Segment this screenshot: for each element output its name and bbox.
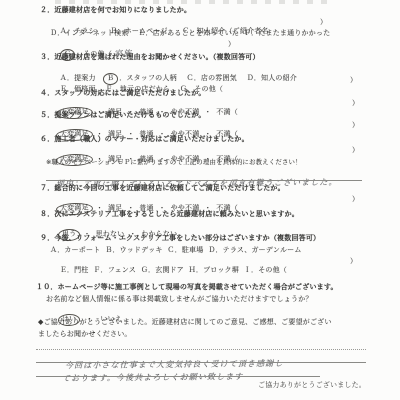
footer-thanks: ご協力ありがとうございました。 (258, 380, 366, 390)
q9-row2-close-paren: ） (350, 257, 357, 266)
cropped-top-line-remnant (55, 0, 335, 4)
q3-row2-close-paren: ） (350, 76, 357, 85)
q9-row2-pre: Ｅ．門柱 Ｆ．フェンス Ｇ．玄関ドア Ｈ．ブロック塀 Ｉ．その他（ (60, 266, 287, 274)
comment-rule-middle (36, 362, 366, 363)
q9-title: ９．今後、リフォーム・エクステリア工事をしたい部分はございますか（複数回答可） (40, 234, 320, 243)
closing-request-line1: ◆ご協力ありがとうございました。近藤建材店に関してのご意見、ご感想、ご要望がござ… (38, 318, 332, 327)
q7-title: ７．総合的に今回の工事を近藤建材店に依頼してご満足いただけましたか。 (40, 184, 285, 193)
q2-row1-close-paren: ） (320, 18, 327, 27)
q6-motivation-note: ※職人のモチベーションＵＰに繋がりますので上記の理由を具体的にお教えください！ (46, 158, 302, 167)
q5-close-paren: ） (352, 121, 359, 130)
q2-options-row2: Ｄ．インターネット検索 Ｅ．店があることを知っていた Ｆ．たまたま通りかかった (50, 29, 330, 38)
q3-title: ３．近藤建材店を選ばれた理由をお聞かせください。（複数回答可） (40, 53, 260, 62)
reason-underline (46, 180, 362, 181)
comment-hand-text2: ております。今後共よろしくお願い致します (62, 372, 243, 383)
q7-close-paren: ） (352, 195, 359, 204)
q2-title: ２．近藤建材店を何でお知りになりましたか。 (40, 6, 191, 15)
q2-row3-close-paren: ） (228, 40, 235, 49)
q6-title: ６．施工者（職人）のマナー・対応はご満足いただけましたか。 (40, 135, 249, 144)
q4-title: ４．スタッフの対応にはご満足いただけましたか。 (40, 89, 206, 98)
q10-title-line1: １０．ホームページ等に施工事例として現場の写真を掲載させていただく場合がございま… (36, 283, 338, 292)
scanned-survey-page: ２．近藤建材店を何でお知りになりましたか。 Ａ．チラシ Ｂ．ホームページ Ｃ．知… (0, 0, 400, 400)
q8-title: ８．次にエクステリア工事をするとしたら近藤建材店に頼みたいと思いますか。 (40, 210, 299, 219)
q10-title-line2: お名前など個人情報に係る事は掲載致しませんがご協力いただけますでしょうか？ (46, 295, 313, 304)
q6-close-paren: ） (352, 146, 359, 155)
q4-close-paren: ） (352, 99, 359, 108)
q9-options-row1: Ａ．カーポート Ｂ．ウッドデッキ Ｃ．駐車場 Ｄ．テラス、ガーデンルーム (50, 246, 302, 255)
comment-handwritten-line2: ております。今後共よろしくお願い致します (52, 364, 243, 392)
comment-rule-bottom (36, 376, 320, 377)
closing-request-line2: ましたらお聞かせください。 (38, 330, 132, 339)
comment-rule-top (36, 349, 366, 350)
q5-title: ５．提案プランはご満足いただけるものでしたか。 (40, 111, 206, 120)
